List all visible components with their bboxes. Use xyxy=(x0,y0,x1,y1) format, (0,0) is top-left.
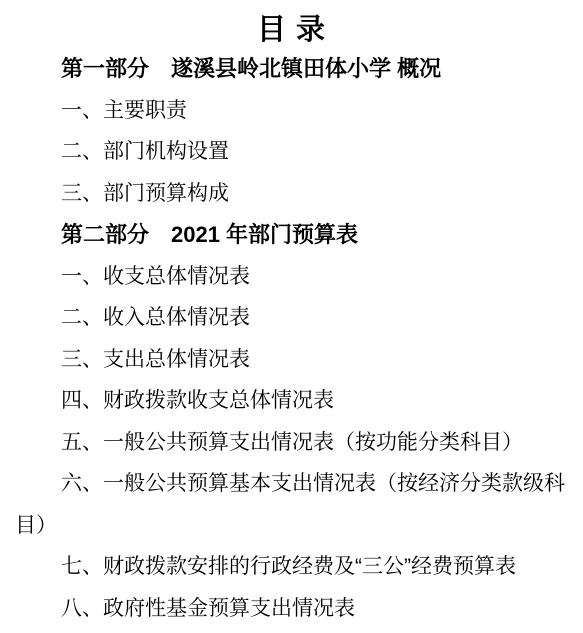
toc-entry: 七、财政拨款安排的行政经费及“三公”经费预算表 xyxy=(15,546,568,588)
toc-entry: 一、主要职责 xyxy=(15,90,568,132)
toc-lines: 第一部分 遂溪县岭北镇田体小学 概况一、主要职责二、部门机构设置三、部门预算构成… xyxy=(0,48,583,629)
toc-entry: 四、财政拨款收支总体情况表 xyxy=(15,380,568,422)
toc-entry: 二、收入总体情况表 xyxy=(15,297,568,339)
toc-entry: 三、部门预算构成 xyxy=(15,173,568,215)
toc-entry: 八、政府性基金预算支出情况表 xyxy=(15,588,568,630)
toc-entry-wrap: 目） xyxy=(15,505,568,547)
toc-entry: 三、支出总体情况表 xyxy=(15,339,568,381)
toc-section-heading: 第一部分 遂溪县岭北镇田体小学 概况 xyxy=(15,48,568,90)
toc-entry: 六、一般公共预算基本支出情况表（按经济分类款级科 xyxy=(15,463,568,505)
toc-entry: 二、部门机构设置 xyxy=(15,131,568,173)
document-page: 目 录 第一部分 遂溪县岭北镇田体小学 概况一、主要职责二、部门机构设置三、部门… xyxy=(0,0,583,633)
toc-section-heading: 第二部分 2021 年部门预算表 xyxy=(15,214,568,256)
toc-entry: 五、一般公共预算支出情况表（按功能分类科目） xyxy=(15,422,568,464)
page-title: 目 录 xyxy=(0,0,583,48)
toc-entry: 一、收支总体情况表 xyxy=(15,256,568,298)
